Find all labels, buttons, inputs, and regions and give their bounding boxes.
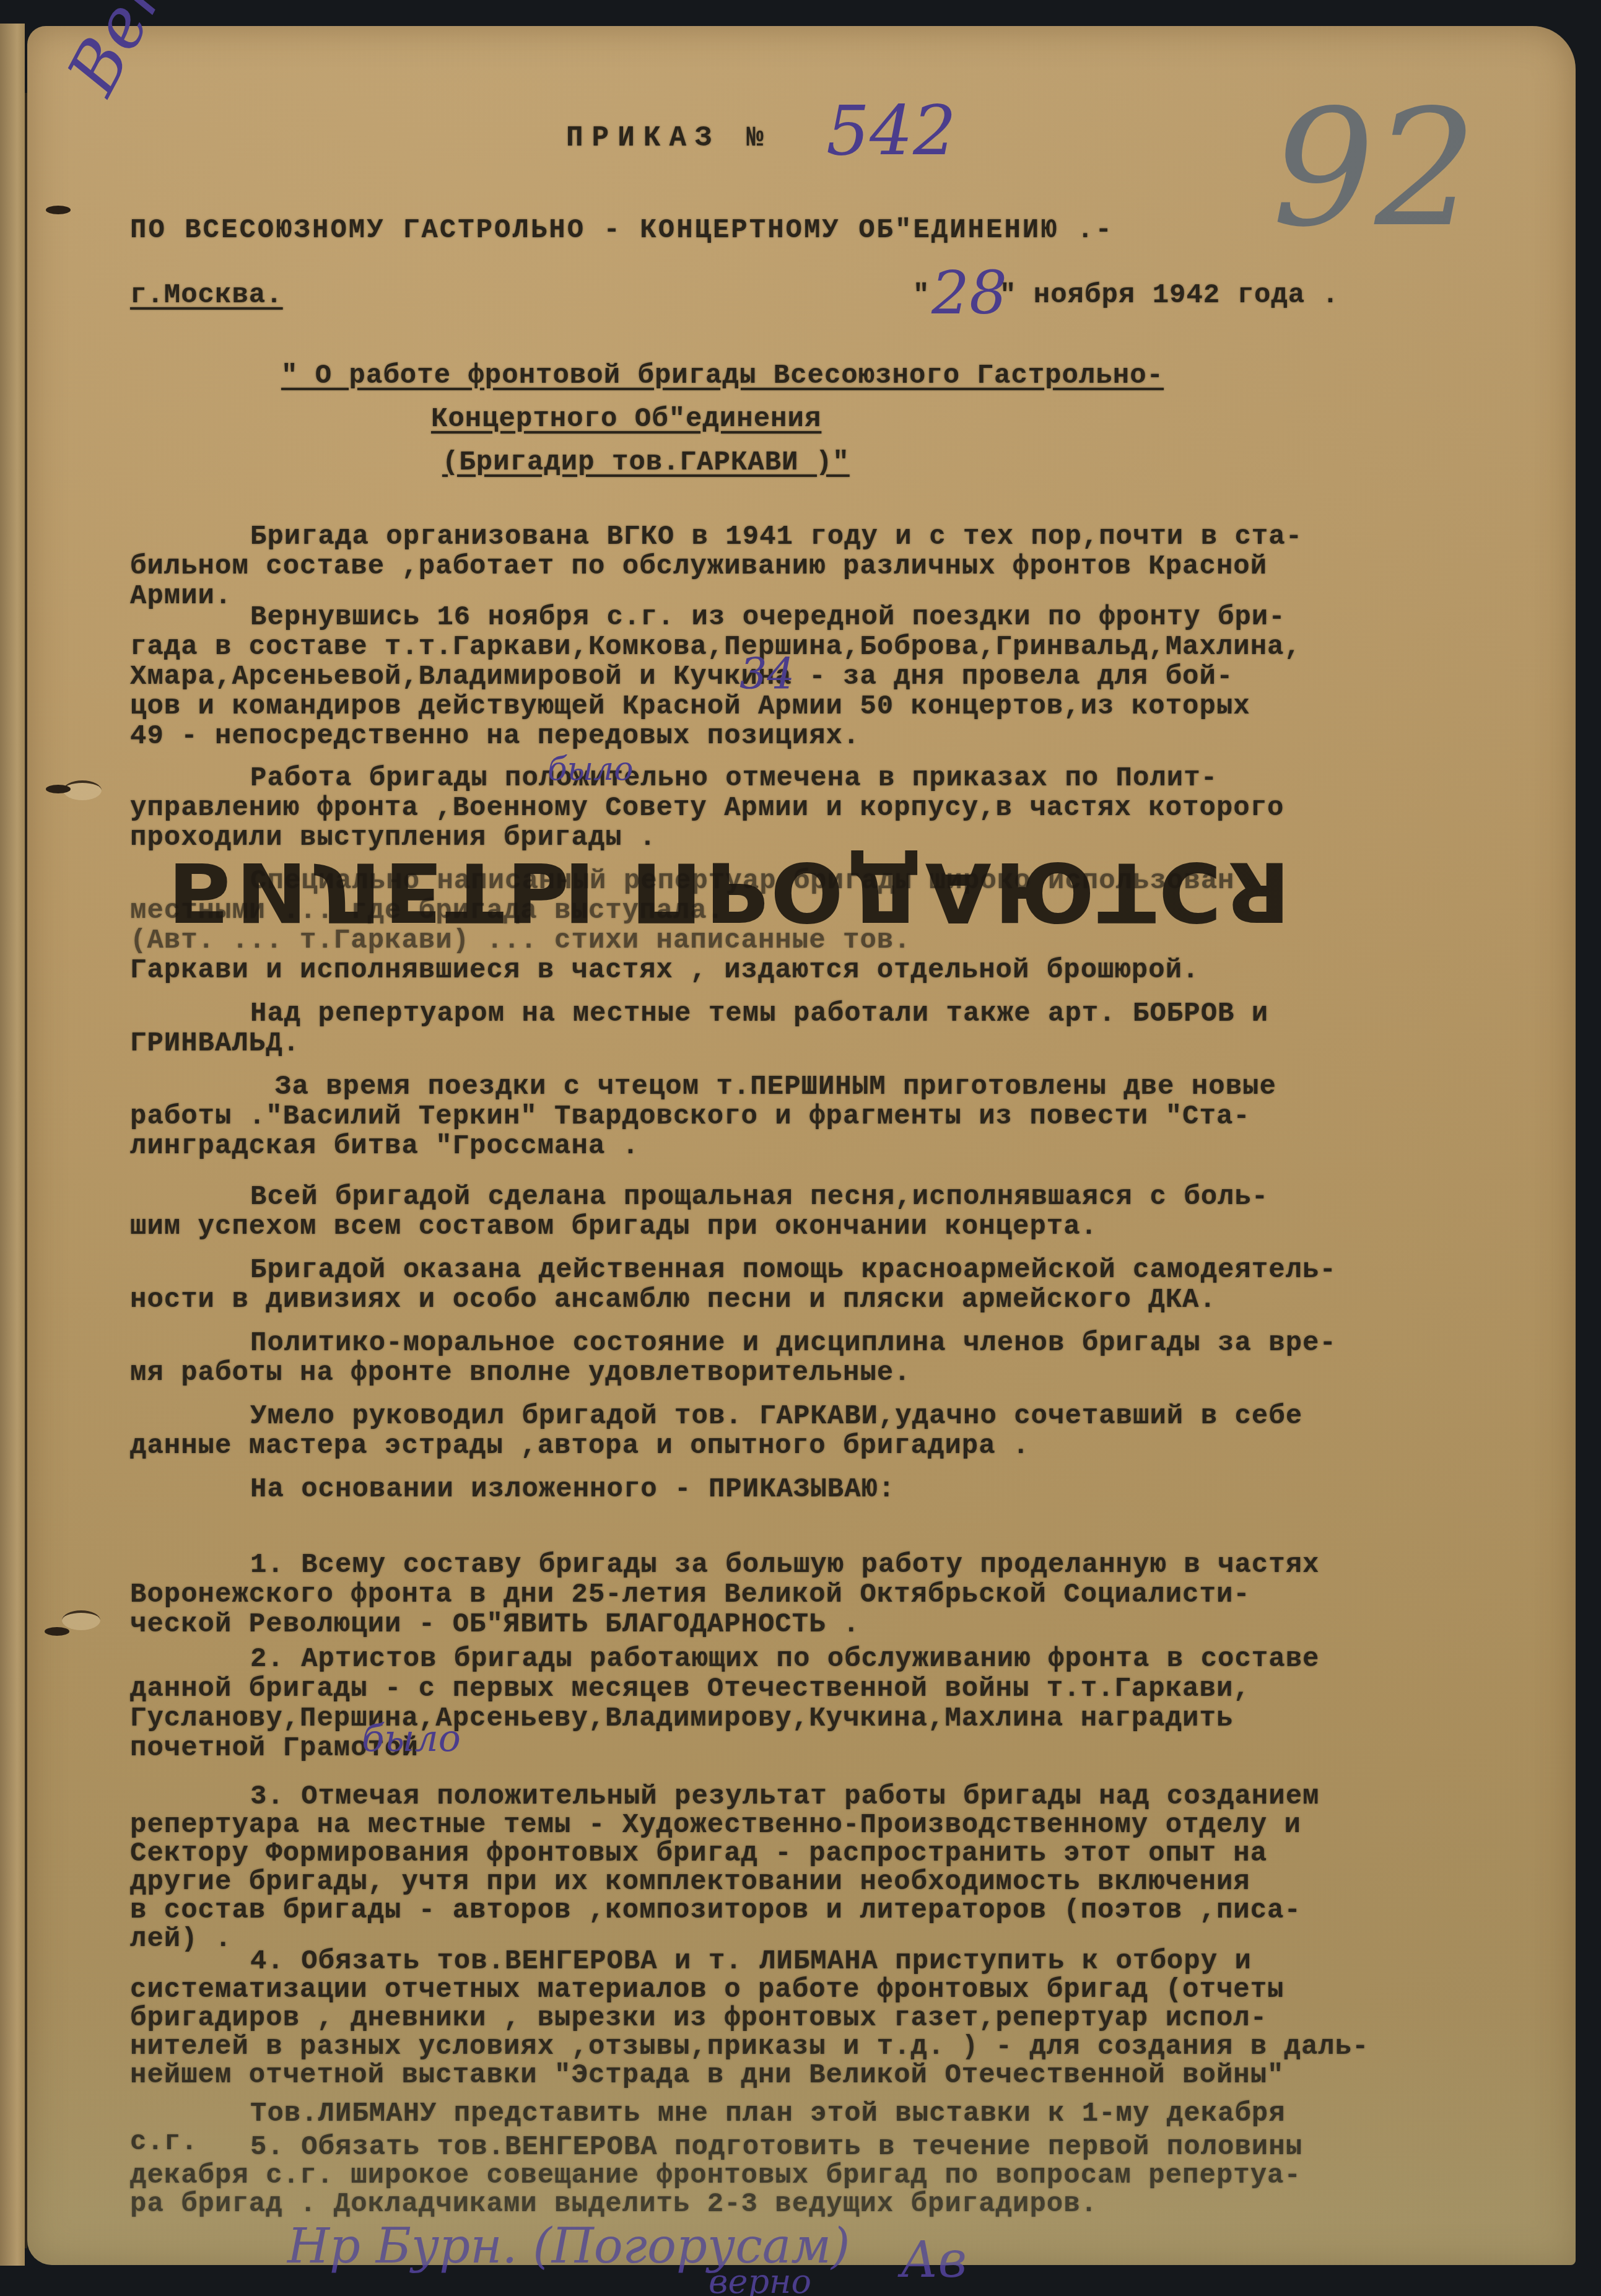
order-2-line: Гусланову,Першина,Арсеньеву,Владимирову,… <box>130 1703 1233 1734</box>
inline-correction: было <box>547 751 634 788</box>
order-3-line: 3. Отмечая положительный результат работ… <box>250 1781 1319 1812</box>
order-2-line: 2. Артистов бригады работающих по обслуж… <box>250 1644 1319 1675</box>
order-4-line: бригадиров , дневники , вырезки из фронт… <box>130 2003 1267 2034</box>
body-line: Над репертуаром на местные темы работали… <box>250 998 1268 1029</box>
order-4-line: 4. Обязать тов.ВЕНГЕРОВА и т. ЛИБМАНА пр… <box>250 1946 1252 1977</box>
order-4-line: Тов.ЛИБМАНУ представить мне план этой вы… <box>250 2098 1286 2129</box>
margin-signature: Венгеров <box>52 0 279 107</box>
body-line: ГРИНВАЛЬД. <box>130 1028 300 1059</box>
order-4-line: нейшем отчетной выставки "Эстрада в дни … <box>130 2060 1285 2091</box>
organization-line: ПО ВСЕСОЮЗНОМУ ГАСТРОЛЬНО - КОНЦЕРТНОМУ … <box>130 215 1114 246</box>
body-line: ности в дивизиях и особо ансамблю песни … <box>130 1285 1216 1316</box>
body-line: мя работы на фронте вполне удовлетворите… <box>130 1358 911 1389</box>
city: г.Москва. <box>130 280 283 311</box>
body-line: За время поездки с чтецом т.ПЕРШИНЫМ при… <box>275 1072 1276 1102</box>
body-line: цов и командиров действующей Красной Арм… <box>130 691 1250 722</box>
order-3-line: другие бригады, учтя при их комплектован… <box>130 1867 1250 1898</box>
body-line: гада в составе т.т.Гаркави,Комкова,Перши… <box>130 632 1301 663</box>
order-preamble: На основании изложенного - ПРИКАЗЫВАЮ: <box>250 1474 895 1505</box>
body-line: Хмара,Арсеньевой,Владимировой и Кучкина … <box>130 661 1233 692</box>
order-4-line: систематизации отчетных материалов о раб… <box>130 1975 1285 2006</box>
body-line: Гаркави и исполнявшиеся в частях , издаю… <box>130 955 1199 986</box>
order-3-line: лей) . <box>130 1924 232 1955</box>
body-line: 49 - непосредственно на передовых позици… <box>130 721 860 752</box>
pencil-folio-number: 92 <box>1272 76 1477 263</box>
body-line: работы ."Василий Теркин" Твардовского и … <box>130 1101 1250 1132</box>
body-line: шим успехом всем составом бригады при ок… <box>130 1211 1097 1242</box>
order-5-line: 5. Обязать тов.ВЕНГЕРОВА подготовить в т… <box>250 2132 1302 2163</box>
order-5-line: ра бригад . Докладчиками выделить 2-3 ве… <box>130 2189 1097 2220</box>
binding-tear <box>45 1627 69 1636</box>
subject-line-1: " О работе фронтовой бригады Всесоюзного… <box>281 360 1164 391</box>
order-number: 542 <box>826 91 956 170</box>
subject-line-2: Концертного Об"единения <box>431 404 821 435</box>
order-1-line: ческой Революции - ОБ"ЯВИТЬ БЛАГОДАРНОСТ… <box>130 1609 860 1640</box>
order-3-line: Сектору Формирования фронтовых бригад - … <box>130 1838 1267 1869</box>
body-line: управлению фронта ,Военному Совету Армии… <box>130 793 1285 824</box>
order-3-line: в состав бригады - авторов ,композиторов… <box>130 1895 1301 1926</box>
binding-tear <box>46 785 71 793</box>
body-line: Бригада организована ВГКО в 1941 году и … <box>250 522 1302 552</box>
body-line: Политико-моральное состояние и дисциплин… <box>250 1328 1337 1359</box>
order-4-line: с.г. <box>130 2127 198 2158</box>
order-title: ПРИКАЗ № <box>566 122 772 154</box>
body-line: Вернувшись 16 ноября с.г. из очередной п… <box>250 602 1286 633</box>
order-5-line: декабря с.г. широкое совещание фронтовых… <box>130 2160 1301 2191</box>
date-prefix: " <box>913 280 930 311</box>
body-line: Умело руководил бригадой тов. ГАРКАВИ,уд… <box>250 1401 1302 1432</box>
date-day: 28 <box>931 258 1007 328</box>
punch-hole <box>62 1610 100 1630</box>
order-1-line: 1. Всему составу бригады за большую рабо… <box>250 1550 1319 1581</box>
bottom-initials: Ав <box>901 2231 967 2289</box>
mirrored-stamp: БИЛЕТЫ ПРОДАЮТСЯ <box>168 844 1293 939</box>
order-4-line: нителей в разных условиях ,отзывы,приказ… <box>130 2032 1369 2062</box>
body-line: Работа бригады положительно отмечена в п… <box>250 763 1218 794</box>
order-2-line: данной бригады - с первых месяцев Отечес… <box>130 1674 1250 1705</box>
body-line: бильном составе ,работает по обслуживани… <box>130 551 1267 582</box>
body-line: данные мастера эстрады ,автора и опытног… <box>130 1431 1029 1462</box>
body-line: Армии. <box>130 581 232 612</box>
document-page: Венгеров 92 ПРИКАЗ № 542 ПО ВСЕСОЮЗНОМУ … <box>27 26 1576 2265</box>
body-line: линградская битва "Гроссмана . <box>130 1131 639 1162</box>
body-line: Всей бригадой сделана прощальная песня,и… <box>250 1182 1268 1213</box>
award-insertion: было <box>362 1717 461 1760</box>
date-suffix: " ноября 1942 года . <box>1000 280 1339 311</box>
subject-line-3: (Бригадир тов.ГАРКАВИ )" <box>442 447 850 478</box>
order-3-line: репертуара на местные темы - Художествен… <box>130 1810 1301 1841</box>
previous-page-edge <box>0 24 25 2266</box>
order-1-line: Воронежского фронта в дни 25-летия Велик… <box>130 1579 1250 1610</box>
verified-note: верно <box>709 2262 811 2296</box>
body-line: Бригадой оказана действенная помощь крас… <box>250 1255 1337 1286</box>
binding-tear <box>46 206 71 214</box>
